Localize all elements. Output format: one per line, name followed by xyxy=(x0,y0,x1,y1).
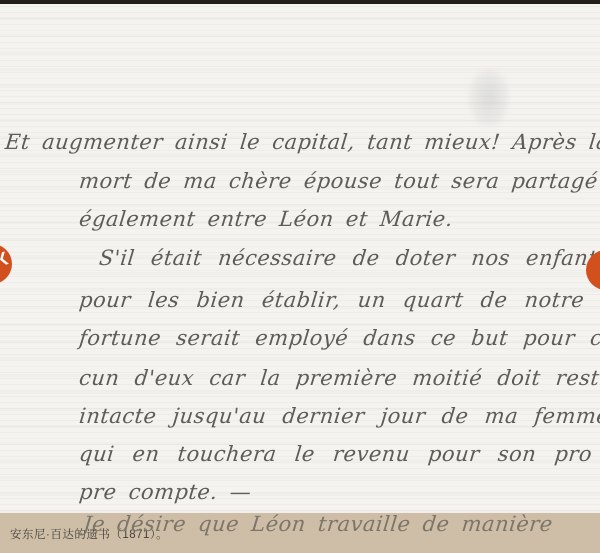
top-border xyxy=(0,0,600,4)
handwriting-line: S'il était nécessaire de doter nos enfan… xyxy=(98,246,600,270)
handwriting-line: Et augmenter ainsi le capital, tant mieu… xyxy=(4,130,600,154)
handwriting-line: également entre Léon et Marie. xyxy=(78,207,454,231)
prev-button[interactable]: ❮ xyxy=(0,244,12,284)
handwriting-line: pre compte. — xyxy=(78,480,253,504)
handwriting-line: qui en touchera le revenu pour son pro xyxy=(78,442,593,466)
handwriting-line: Je désire que Léon travaille de manière xyxy=(82,512,554,536)
handwriting-line: pour les bien établir, un quart de notre xyxy=(78,288,586,312)
chevron-left-icon: ❮ xyxy=(0,251,11,267)
handwriting-line: cun d'eux car la première moitié doit re… xyxy=(78,366,600,390)
handwriting-line: intacte jusqu'au dernier jour de ma femm… xyxy=(78,404,600,428)
handwriting-line: mort de ma chère épouse tout sera partag… xyxy=(78,169,599,193)
handwriting-line: fortune serait employé dans ce but pour … xyxy=(78,326,600,350)
embossed-stamp-watermark xyxy=(468,68,510,128)
letter-photo-viewer: Et augmenter ainsi le capital, tant mieu… xyxy=(0,0,600,553)
